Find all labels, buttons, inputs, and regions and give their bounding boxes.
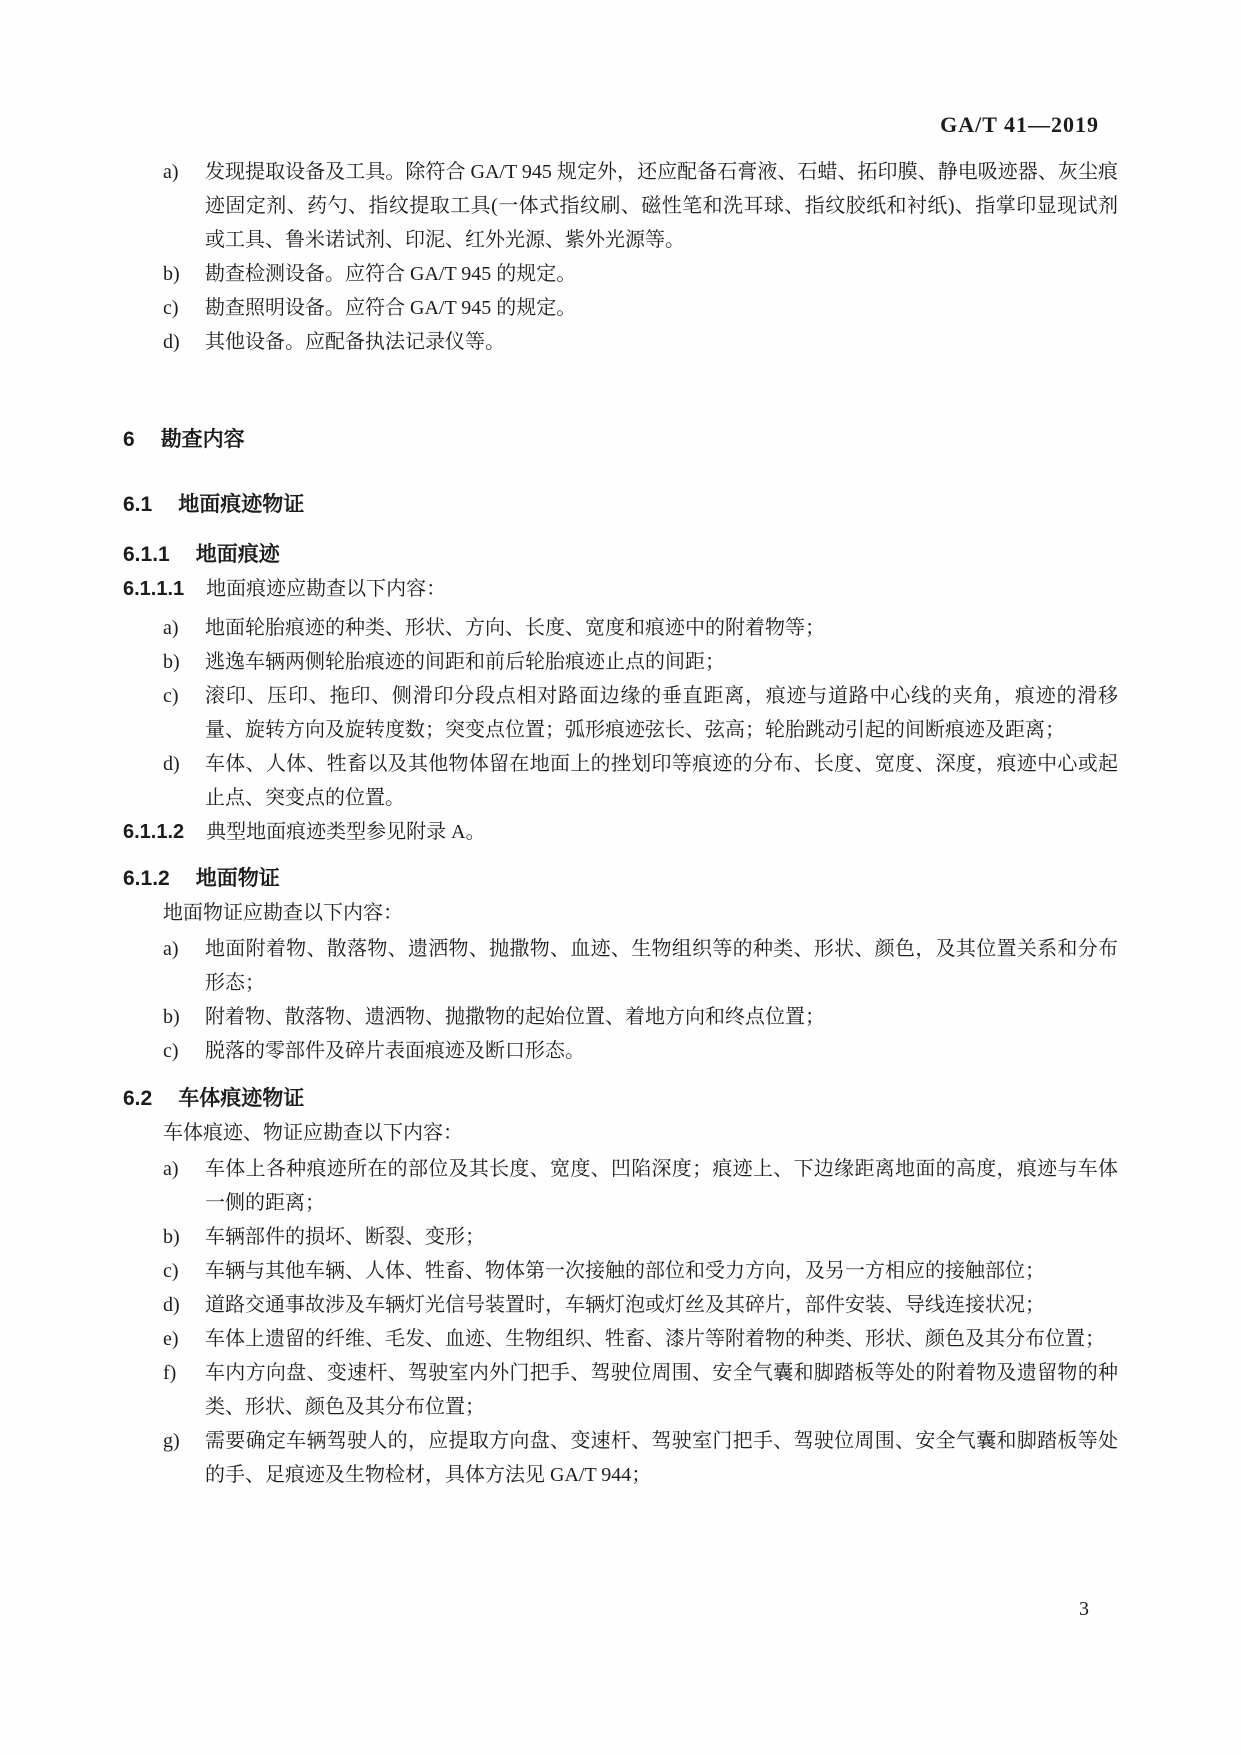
list-item-text: 勘查照明设备。应符合 GA/T 945 的规定。 [205,297,576,319]
list-item-text: 车体上遗留的纤维、毛发、血迹、生物组织、牲畜、漆片等附着物的种类、形状、颜色及其… [205,1328,1105,1350]
list-item-marker: b) [163,645,180,679]
list-item-marker: a) [163,155,179,189]
section-6-heading: 6勘查内容 [123,423,1118,457]
list-item: b) 车辆部件的损坏、断裂、变形； [123,1220,1118,1254]
list-item: d) 其他设备。应配备执法记录仪等。 [123,325,1118,359]
section-title: 地面物证 [196,867,280,890]
list-item: f) 车内方向盘、变速杆、驾驶室内外门把手、驾驶位周围、安全气囊和脚踏板等处的附… [123,1356,1118,1424]
list-item-marker: b) [163,1000,180,1034]
list-item-marker: e) [163,1322,179,1356]
list-item-text: 地面轮胎痕迹的种类、形状、方向、长度、宽度和痕迹中的附着物等； [205,617,825,639]
list-item-marker: c) [163,1254,179,1288]
body-text: a) 发现提取设备及工具。除符合 GA/T 945 规定外，还应配备石膏液、石蜡… [123,0,1118,1492]
section-6-1-1-heading: 6.1.1地面痕迹 [123,538,1118,572]
ground-evidence-list: a) 地面附着物、散落物、遗洒物、抛撒物、血迹、生物组织等的种类、形状、颜色，及… [123,932,1118,1068]
list-item-text: 脱落的零部件及碎片表面痕迹及断口形态。 [205,1040,585,1062]
list-item: a) 发现提取设备及工具。除符合 GA/T 945 规定外，还应配备石膏液、石蜡… [123,155,1118,257]
list-item-text: 车体上各种痕迹所在的部位及其长度、宽度、凹陷深度；痕迹上、下边缘距离地面的高度，… [205,1158,1118,1214]
section-title: 地面痕迹 [196,543,280,566]
list-item-marker: d) [163,1288,180,1322]
clause-number: 6.1.1.1 [123,578,184,600]
section-number: 6.2 [123,1087,152,1110]
list-item-text: 滚印、压印、拖印、侧滑印分段点相对路面边缘的垂直距离，痕迹与道路中心线的夹角，痕… [205,685,1118,741]
list-item: c) 脱落的零部件及碎片表面痕迹及断口形态。 [123,1034,1118,1068]
list-item: c) 勘查照明设备。应符合 GA/T 945 的规定。 [123,291,1118,325]
section-6-1-2-heading: 6.1.2地面物证 [123,862,1118,896]
clause-number: 6.1.1.2 [123,821,184,843]
list-item-text: 车体、人体、牲畜以及其他物体留在地面上的挫划印等痕迹的分布、长度、宽度、深度，痕… [205,753,1118,809]
clause-text: 典型地面痕迹类型参见附录 A。 [206,821,485,843]
list-item-text: 其他设备。应配备执法记录仪等。 [205,331,505,353]
section-6-1-heading: 6.1地面痕迹物证 [123,488,1118,522]
page-content: a) 发现提取设备及工具。除符合 GA/T 945 规定外，还应配备石膏液、石蜡… [123,0,1118,1492]
list-item-marker: a) [163,611,179,645]
list-item-marker: c) [163,291,179,325]
vehicle-intro: 车体痕迹、物证应勘查以下内容： [123,1116,1118,1150]
list-item: b) 逃逸车辆两侧轮胎痕迹的间距和前后轮胎痕迹止点的间距； [123,645,1118,679]
list-item-text: 附着物、散落物、遗洒物、抛撒物的起始位置、着地方向和终点位置； [205,1006,825,1028]
list-item: e) 车体上遗留的纤维、毛发、血迹、生物组织、牲畜、漆片等附着物的种类、形状、颜… [123,1322,1118,1356]
list-item: b) 附着物、散落物、遗洒物、抛撒物的起始位置、着地方向和终点位置； [123,1000,1118,1034]
list-item-marker: a) [163,1152,179,1186]
section-number: 6.1.2 [123,867,170,890]
list-item-marker: a) [163,932,179,966]
list-item: b) 勘查检测设备。应符合 GA/T 945 的规定。 [123,257,1118,291]
list-item-marker: c) [163,679,179,713]
list-item-text: 车辆部件的损坏、断裂、变形； [205,1226,485,1248]
section-number: 6 [123,428,135,451]
ground-trace-list: a) 地面轮胎痕迹的种类、形状、方向、长度、宽度和痕迹中的附着物等； b) 逃逸… [123,611,1118,815]
list-item: a) 地面轮胎痕迹的种类、形状、方向、长度、宽度和痕迹中的附着物等； [123,611,1118,645]
section-title: 勘查内容 [161,428,245,451]
list-item-marker: g) [163,1424,180,1458]
list-item-text: 车内方向盘、变速杆、驾驶室内外门把手、驾驶位周围、安全气囊和脚踏板等处的附着物及… [205,1362,1118,1418]
list-item-text: 发现提取设备及工具。除符合 GA/T 945 规定外，还应配备石膏液、石蜡、拓印… [205,161,1118,251]
section-number: 6.1 [123,493,152,516]
list-item: c) 滚印、压印、拖印、侧滑印分段点相对路面边缘的垂直距离，痕迹与道路中心线的夹… [123,679,1118,747]
clause-text: 地面痕迹应勘查以下内容： [206,578,446,600]
list-item: d) 车体、人体、牲畜以及其他物体留在地面上的挫划印等痕迹的分布、长度、宽度、深… [123,747,1118,815]
list-item-text: 勘查检测设备。应符合 GA/T 945 的规定。 [205,263,576,285]
list-item-marker: d) [163,325,180,359]
list-item-text: 地面附着物、散落物、遗洒物、抛撒物、血迹、生物组织等的种类、形状、颜色，及其位置… [205,938,1118,994]
section-title: 车体痕迹物证 [178,1087,304,1110]
list-item: c) 车辆与其他车辆、人体、牲畜、物体第一次接触的部位和受力方向，及另一方相应的… [123,1254,1118,1288]
list-item-marker: c) [163,1034,179,1068]
list-item-text: 逃逸车辆两侧轮胎痕迹的间距和前后轮胎痕迹止点的间距； [205,651,725,673]
vehicle-trace-list: a) 车体上各种痕迹所在的部位及其长度、宽度、凹陷深度；痕迹上、下边缘距离地面的… [123,1152,1118,1492]
document-page: GA/T 41—2019 a) 发现提取设备及工具。除符合 GA/T 945 规… [0,0,1241,1755]
list-item-marker: b) [163,257,180,291]
clause-6-1-1-1: 6.1.1.1地面痕迹应勘查以下内容： [123,572,1118,606]
section-title: 地面痕迹物证 [178,493,304,516]
list-item: d) 道路交通事故涉及车辆灯光信号装置时，车辆灯泡或灯丝及其碎片，部件安装、导线… [123,1288,1118,1322]
list-item: g) 需要确定车辆驾驶人的，应提取方向盘、变速杆、驾驶室门把手、驾驶位周围、安全… [123,1424,1118,1492]
ground-evidence-intro: 地面物证应勘查以下内容： [123,896,1118,930]
equipment-list: a) 发现提取设备及工具。除符合 GA/T 945 规定外，还应配备石膏液、石蜡… [123,155,1118,359]
list-item-text: 车辆与其他车辆、人体、牲畜、物体第一次接触的部位和受力方向，及另一方相应的接触部… [205,1260,1045,1282]
list-item-marker: d) [163,747,180,781]
section-number: 6.1.1 [123,543,170,566]
clause-6-1-1-2: 6.1.1.2典型地面痕迹类型参见附录 A。 [123,815,1118,849]
list-item-marker: b) [163,1220,180,1254]
list-item: a) 地面附着物、散落物、遗洒物、抛撒物、血迹、生物组织等的种类、形状、颜色，及… [123,932,1118,1000]
list-item-text: 需要确定车辆驾驶人的，应提取方向盘、变速杆、驾驶室门把手、驾驶位周围、安全气囊和… [205,1430,1118,1486]
list-item: a) 车体上各种痕迹所在的部位及其长度、宽度、凹陷深度；痕迹上、下边缘距离地面的… [123,1152,1118,1220]
list-item-text: 道路交通事故涉及车辆灯光信号装置时，车辆灯泡或灯丝及其碎片，部件安装、导线连接状… [205,1294,1045,1316]
page-number: 3 [1079,1598,1089,1621]
section-6-2-heading: 6.2车体痕迹物证 [123,1082,1118,1116]
list-item-marker: f) [163,1356,176,1390]
